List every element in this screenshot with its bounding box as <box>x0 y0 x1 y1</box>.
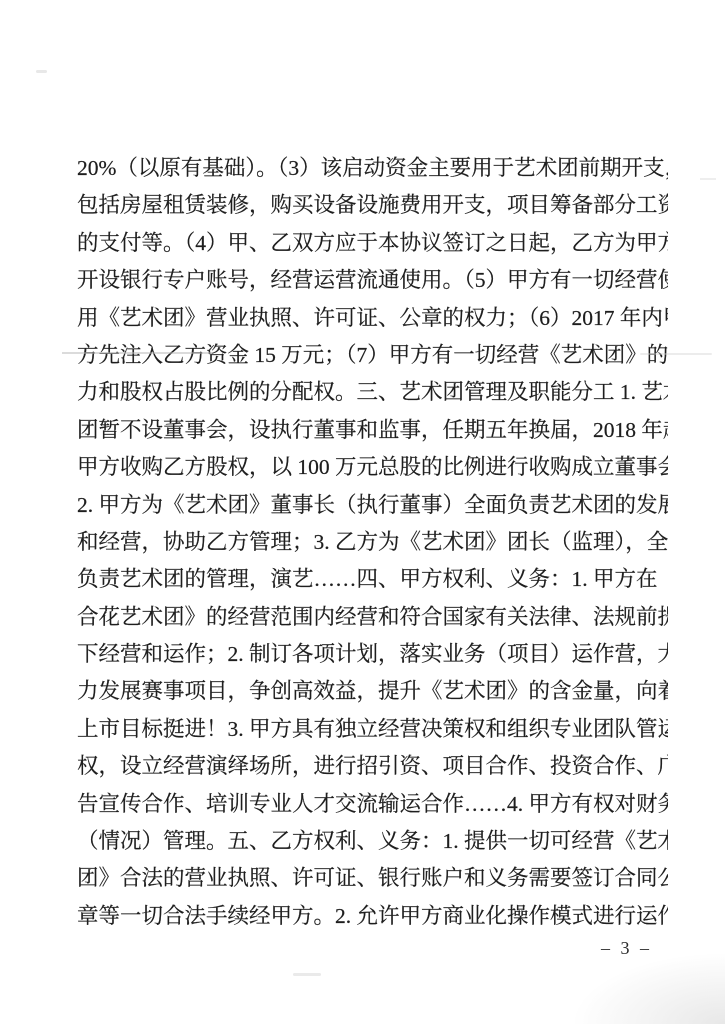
scan-corner-shadow <box>575 954 725 1024</box>
document-text-line: 用《艺术团》营业执照、许可证、公章的权力；（6）2017 年内甲 <box>77 300 668 337</box>
document-text-line: 力发展赛事项目，争创高效益，提升《艺术团》的含金量，向着 <box>77 673 668 710</box>
document-text-line: （情况）管理。五、乙方权利、义务：1. 提供一切可经营《艺术 <box>77 823 668 860</box>
document-text-line: 团》合法的营业执照、许可证、银行账户和义务需要签订合同公 <box>77 860 668 897</box>
document-text-line: 负责艺术团的管理，演艺……四、甲方权利、义务：1. 甲方在《百 <box>77 561 668 598</box>
document-text-line: 章等一切合法手续经甲方。2. 允许甲方商业化操作模式进行运作 <box>77 898 668 935</box>
document-text-line: 甲方收购乙方股权，以 100 万元总股的比例进行收购成立董事会； <box>77 449 668 486</box>
document-text-line: 告宣传合作、培训专业人才交流输运合作……4. 甲方有权对财务 <box>77 786 668 823</box>
document-text-line: 权，设立经营演绎场所，进行招引资、项目合作、投资合作、广 <box>77 748 668 785</box>
document-text-line: 力和股权占股比例的分配权。三、艺术团管理及职能分工 1. 艺术 <box>77 374 668 411</box>
document-text-line: 20%（以原有基础）。（3）该启动资金主要用于艺术团前期开支， <box>77 150 668 187</box>
document-text-line: 开设银行专户账号，经营运营流通使用。（5）甲方有一切经营使 <box>77 262 668 299</box>
document-text-line: 2. 甲方为《艺术团》董事长（执行董事）全面负责艺术团的发展 <box>77 487 668 524</box>
page-number: – 3 – <box>601 936 661 960</box>
scan-artifact-smudge <box>36 70 47 73</box>
document-text-line: 下经营和运作；2. 制订各项计划，落实业务（项目）运作营，大 <box>77 636 668 673</box>
document-text-line: 包括房屋租赁装修，购买设备设施费用开支，项目筹备部分工资 <box>77 187 668 224</box>
scan-artifact-mark <box>700 178 716 180</box>
document-text-line: 的支付等。（4）甲、乙双方应于本协议签订之日起，乙方为甲方 <box>77 225 668 262</box>
document-text-line: 团暂不设董事会，设执行董事和监事，任期五年换届，2018 年起 <box>77 412 668 449</box>
document-text-line: 和经营，协助乙方管理；3. 乙方为《艺术团》团长（监理），全面 <box>77 524 668 561</box>
document-text-line: 方先注入乙方资金 15 万元；（7）甲方有一切经营《艺术团》的权 <box>77 337 668 374</box>
scan-artifact-smudge <box>293 973 321 976</box>
document-text-line: 合花艺术团》的经营范围内经营和符合国家有关法律、法规前提 <box>77 599 668 636</box>
document-body-text: 20%（以原有基础）。（3）该启动资金主要用于艺术团前期开支，包括房屋租赁装修，… <box>77 150 668 935</box>
document-text-line: 上市目标挺进！3. 甲方具有独立经营决策权和组织专业团队管运 <box>77 711 668 748</box>
scanned-document-page: 20%（以原有基础）。（3）该启动资金主要用于艺术团前期开支，包括房屋租赁装修，… <box>0 0 725 1024</box>
